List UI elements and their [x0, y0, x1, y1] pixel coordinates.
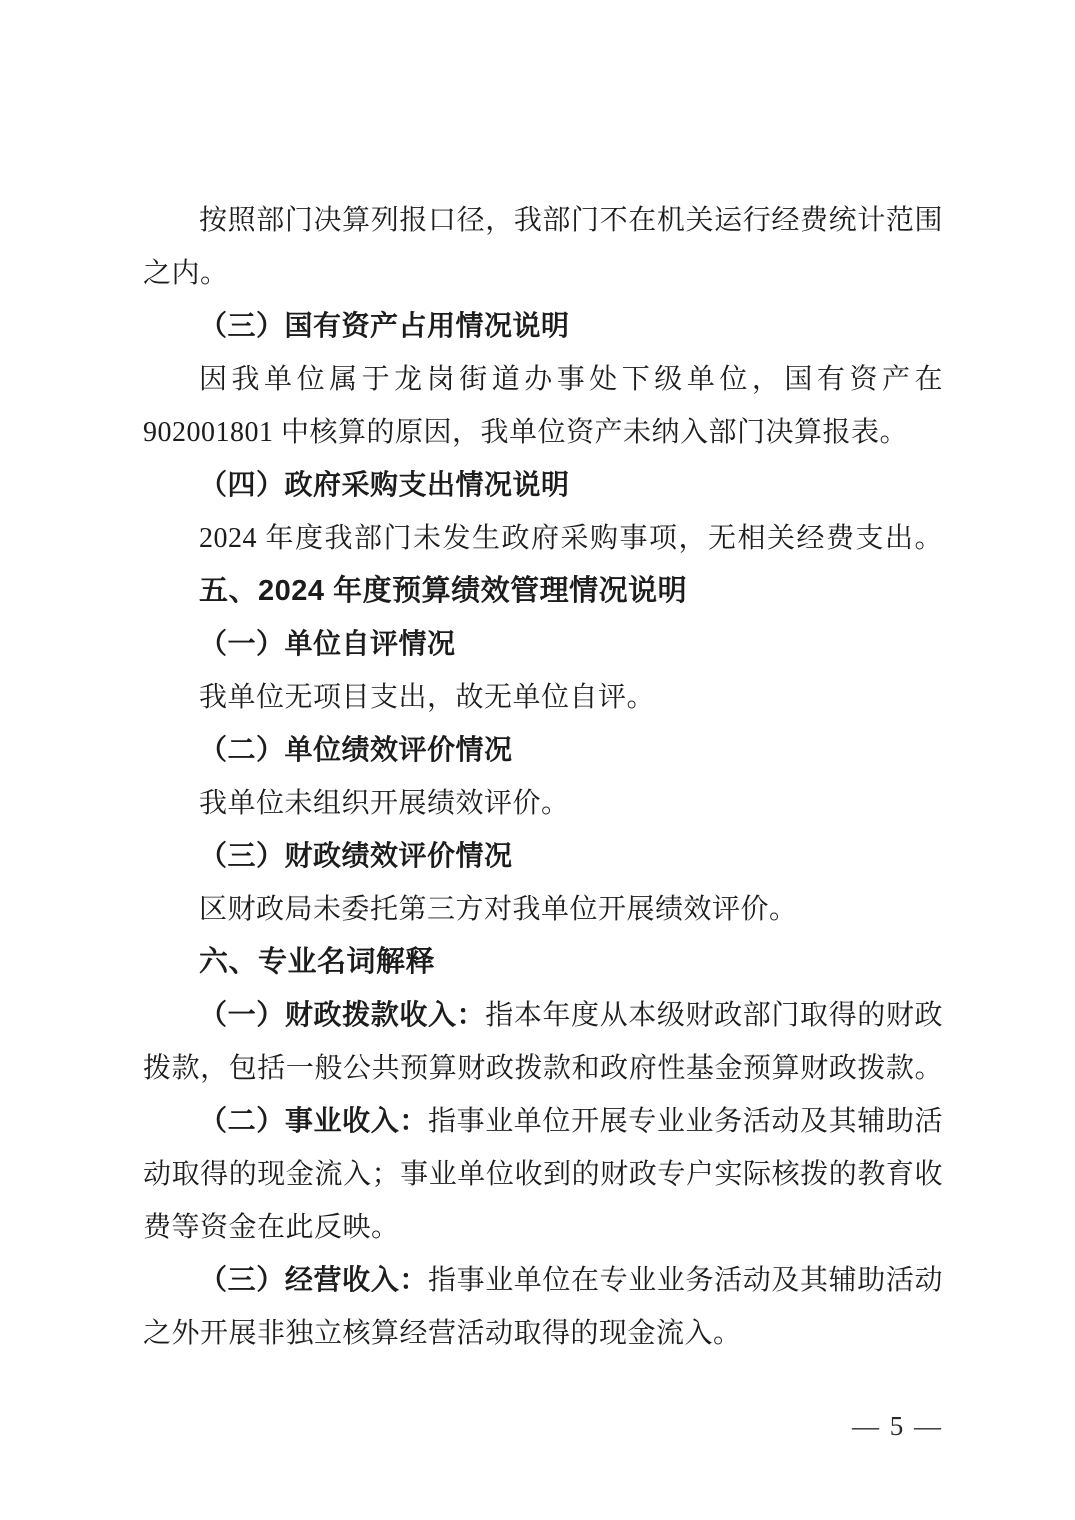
definition-operating-income: 指事业单位在专业业务活动及其辅助活动 — [428, 1265, 943, 1296]
term-business-income: （二）事业收入： — [199, 1106, 428, 1137]
heading-section-5-budget-performance: 五、2024 年度预算绩效管理情况说明 — [143, 565, 943, 618]
para-fiscal-appropriation-line-2: 拨款，包括一般公共预算财政拨款和政府性基金预算财政拨款。 — [143, 1042, 943, 1095]
para-operating-income-line-2: 之外开展非独立核算经营活动取得的现金流入。 — [143, 1307, 943, 1360]
para-self-evaluation: 我单位无项目支出，故无单位自评。 — [143, 671, 943, 724]
para-state-assets-line-2: 902001801 中核算的原因，我单位资产未纳入部门决算报表。 — [143, 406, 943, 459]
para-business-income-line-2: 动取得的现金流入；事业单位收到的财政专户实际核拨的教育收 — [143, 1148, 943, 1201]
term-fiscal-appropriation-income: （一）财政拨款收入： — [199, 1000, 485, 1031]
heading-fiscal-performance-evaluation: （三）财政绩效评价情况 — [143, 830, 943, 883]
heading-section-6-terminology: 六、专业名词解释 — [143, 936, 943, 989]
heading-unit-performance-evaluation: （二）单位绩效评价情况 — [143, 724, 943, 777]
para-fiscal-performance-evaluation: 区财政局未委托第三方对我单位开展绩效评价。 — [143, 883, 943, 936]
document-body: 按照部门决算列报口径，我部门不在机关运行经费统计范围 之内。 （三）国有资产占用… — [143, 194, 943, 1360]
page-number: — 5 — — [852, 1406, 943, 1446]
heading-state-assets: （三）国有资产占用情况说明 — [143, 300, 943, 353]
para-unit-performance-evaluation: 我单位未组织开展绩效评价。 — [143, 777, 943, 830]
para-gov-procurement: 2024 年度我部门未发生政府采购事项，无相关经费支出。 — [143, 512, 943, 565]
term-operating-income: （三）经营收入： — [199, 1265, 428, 1296]
definition-business-income: 指事业单位开展专业业务活动及其辅助活 — [428, 1106, 943, 1137]
para-operating-funds-line-2: 之内。 — [143, 247, 943, 300]
para-fiscal-appropriation-line-1: （一）财政拨款收入：指本年度从本级财政部门取得的财政 — [143, 989, 943, 1042]
heading-self-evaluation: （一）单位自评情况 — [143, 618, 943, 671]
para-state-assets-line-1: 因我单位属于龙岗街道办事处下级单位，国有资产在 — [143, 353, 943, 406]
definition-fiscal-appropriation: 指本年度从本级财政部门取得的财政 — [485, 1000, 943, 1031]
para-operating-funds-line-1: 按照部门决算列报口径，我部门不在机关运行经费统计范围 — [143, 194, 943, 247]
heading-gov-procurement: （四）政府采购支出情况说明 — [143, 459, 943, 512]
para-business-income-line-1: （二）事业收入：指事业单位开展专业业务活动及其辅助活 — [143, 1095, 943, 1148]
para-business-income-line-3: 费等资金在此反映。 — [143, 1201, 943, 1254]
para-operating-income-line-1: （三）经营收入：指事业单位在专业业务活动及其辅助活动 — [143, 1254, 943, 1307]
document-page: 按照部门决算列报口径，我部门不在机关运行经费统计范围 之内。 （三）国有资产占用… — [0, 0, 1075, 1520]
